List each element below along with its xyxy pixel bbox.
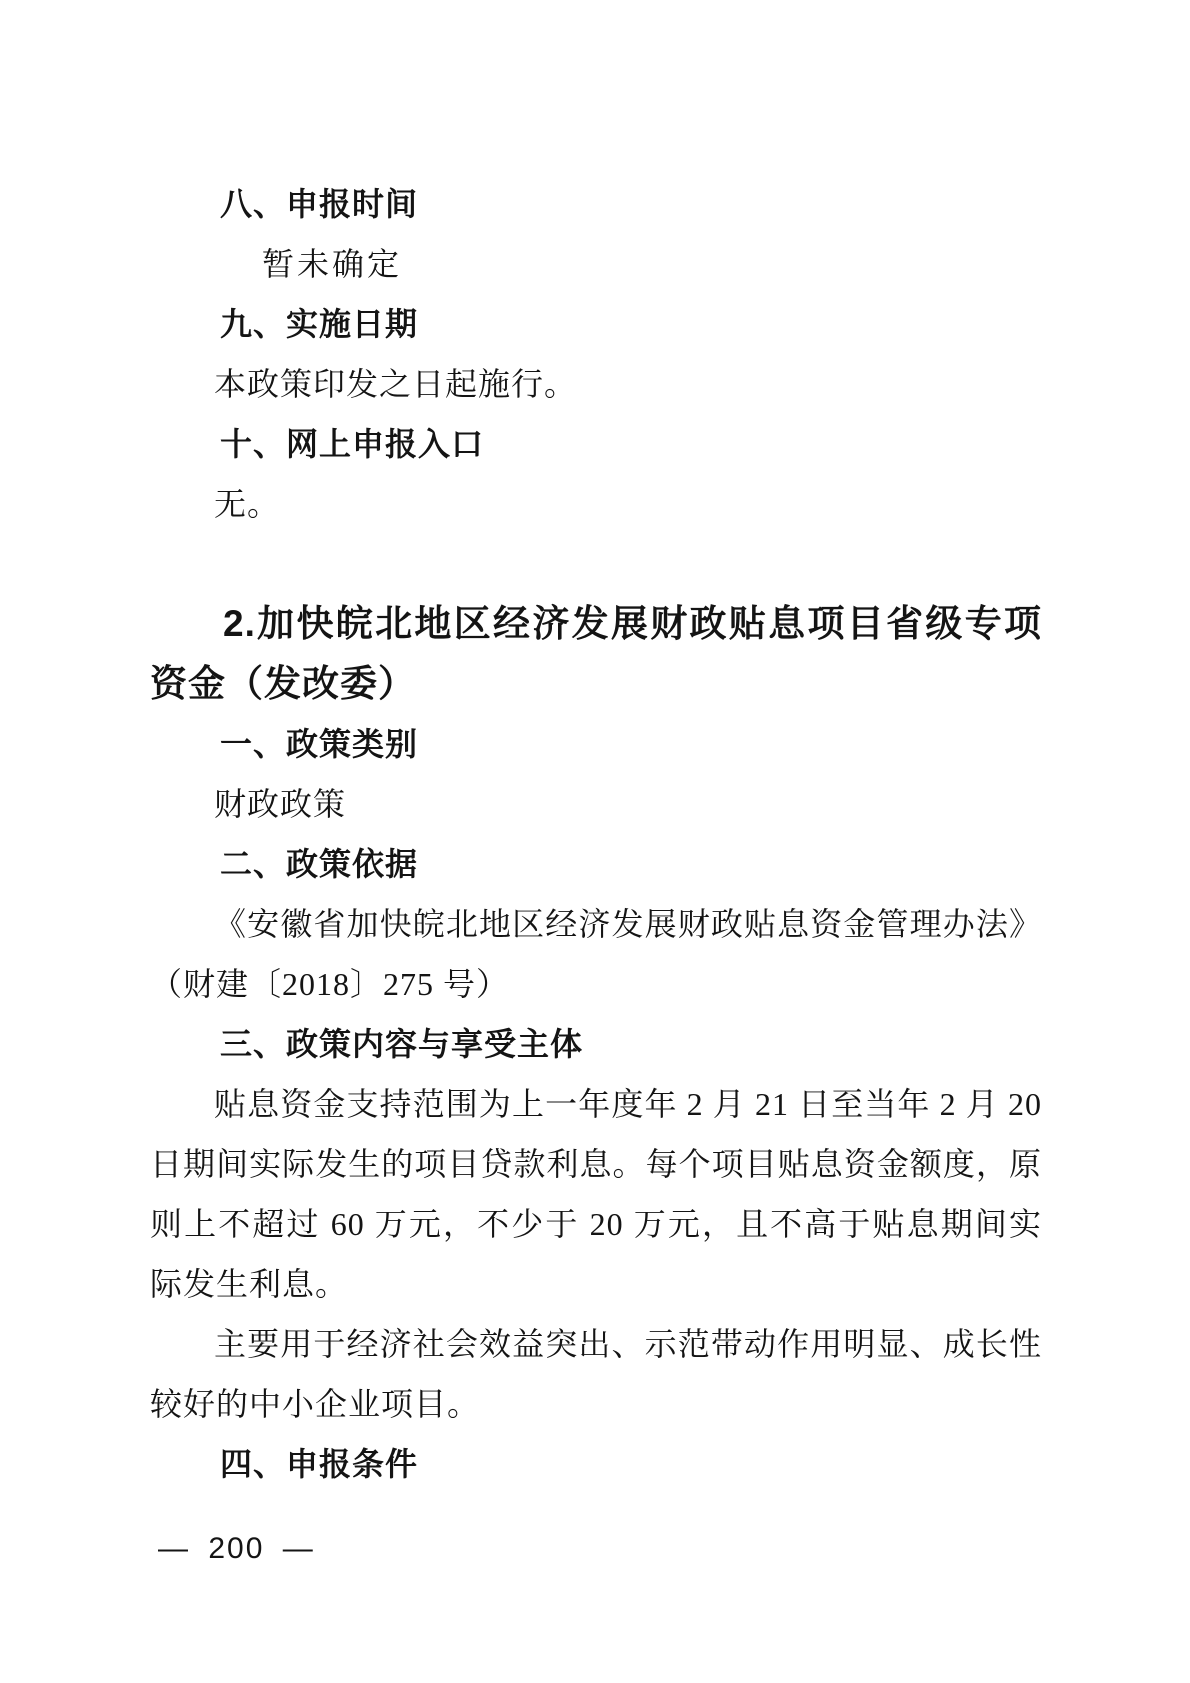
paragraph-implementation-date: 本政策印发之日起施行。 (150, 354, 1042, 414)
paragraph-policy-basis: 《安徽省加快皖北地区经济发展财政贴息资金管理办法》（财建〔2018〕275 号） (150, 894, 1042, 1014)
document-page: 八、申报时间 暂未确定 九、实施日期 本政策印发之日起施行。 十、网上申报入口 … (0, 0, 1190, 1683)
paragraph-policy-category-value: 财政政策 (150, 774, 1042, 834)
document-body: 八、申报时间 暂未确定 九、实施日期 本政策印发之日起施行。 十、网上申报入口 … (150, 174, 1042, 1494)
section-heading-policy-basis: 二、政策依据 (150, 834, 1042, 894)
section-heading-policy-content: 三、政策内容与享受主体 (150, 1014, 1042, 1074)
paragraph-policy-content-1: 贴息资金支持范围为上一年度年 2 月 21 日至当年 2 月 20 日期间实际发… (150, 1074, 1042, 1314)
section-heading-policy-category: 一、政策类别 (150, 714, 1042, 774)
section-heading-implementation-date: 九、实施日期 (150, 294, 1042, 354)
blank-line-spacer (150, 534, 1042, 594)
section-heading-application-conditions: 四、申报条件 (150, 1434, 1042, 1494)
paragraph-application-time-value: 暂未确定 (150, 234, 1042, 294)
policy-title: 2.加快皖北地区经济发展财政贴息项目省级专项资金（发改委） (150, 594, 1042, 714)
paragraph-policy-content-2: 主要用于经济社会效益突出、示范带动作用明显、成长性较好的中小企业项目。 (150, 1314, 1042, 1434)
section-heading-online-entry: 十、网上申报入口 (150, 414, 1042, 474)
section-heading-application-time: 八、申报时间 (150, 174, 1042, 234)
paragraph-online-entry-value: 无。 (150, 474, 1042, 534)
page-number: — 200 — (158, 1532, 315, 1566)
